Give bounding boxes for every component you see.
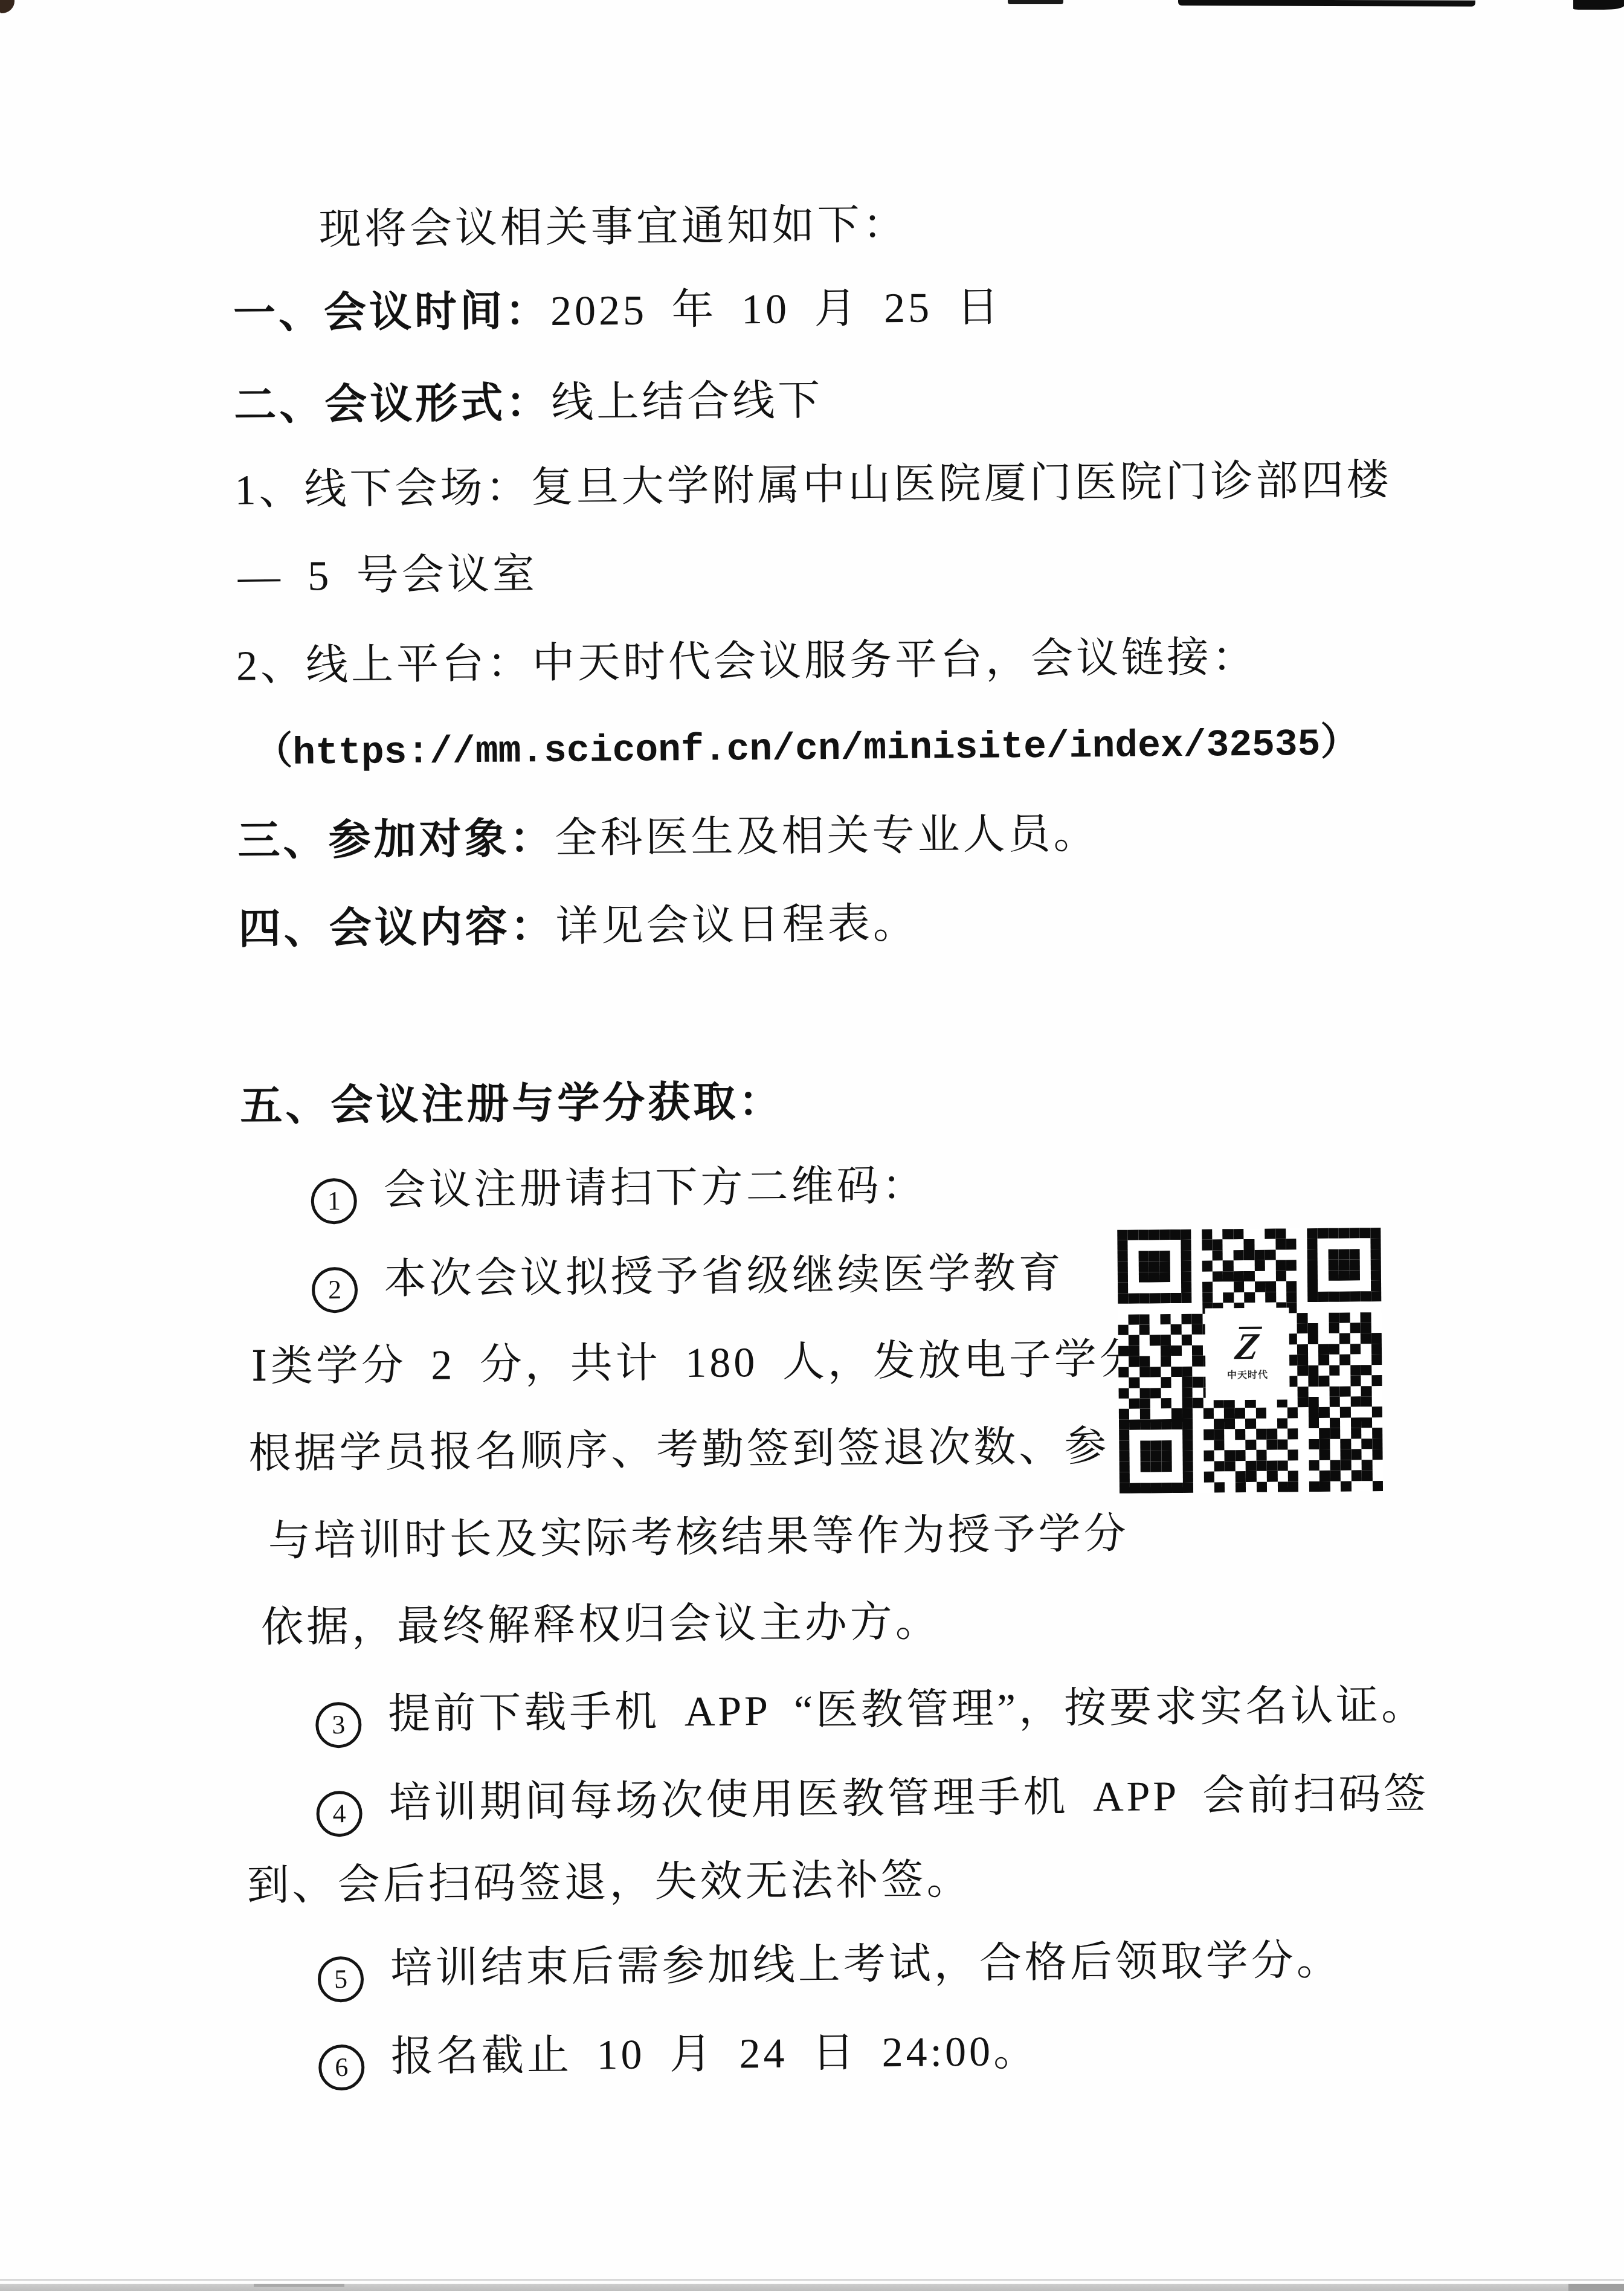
item-4-continuation-text: 到、会后扫码签退，失效无法补签。 bbox=[246, 1857, 972, 1909]
audience-value: 全科医生及相关专业人员。 bbox=[555, 811, 1099, 862]
intro-text: 现将会议相关事宜通知如下： bbox=[318, 202, 908, 254]
item-2-line: 2本次会议拟授予省级继续医学教育 bbox=[312, 1251, 1065, 1313]
item-2-continuation-line-2: 根据学员报名顺序、考勤签到签退次数、参 bbox=[248, 1423, 1110, 1478]
registration-qr-code: Z 中天时代 bbox=[1117, 1228, 1383, 1493]
registration-section-heading: 五、会议注册与学分获取： bbox=[240, 1079, 784, 1131]
item-2-continuation-text-3: 与培训时长及实际考核结果等作为授予学分 bbox=[268, 1511, 1129, 1565]
item-2-continuation-text-4: 依据，最终解释权归会议主办方。 bbox=[261, 1599, 941, 1651]
qr-logo-glyph: Z bbox=[1232, 1326, 1261, 1364]
item-4-circled-number: 4 bbox=[316, 1790, 362, 1837]
item-3-line: 3提前下载手机 APP “医教管理”，按要求实名认证。 bbox=[315, 1682, 1427, 1748]
registration-section-label: 五、会议注册与学分获取： bbox=[240, 1079, 784, 1130]
item-1-text: 会议注册请扫下方二维码： bbox=[383, 1163, 927, 1214]
intro-line: 现将会议相关事宜通知如下： bbox=[318, 202, 908, 254]
item-4-line: 4培训期间每场次使用医教管理手机 APP 会前扫码签 bbox=[316, 1771, 1429, 1837]
item-5-line: 5培训结束后需参加线上考试，合格后领取学分。 bbox=[318, 1938, 1342, 2002]
scan-edge-line bbox=[0, 2279, 1624, 2281]
content-label: 四、会议内容： bbox=[239, 904, 556, 953]
qr-logo-brand-text: 中天时代 bbox=[1227, 1367, 1268, 1382]
meeting-link-url: （https://mm.sciconf.cn/cn/minisite/index… bbox=[254, 723, 1359, 775]
meeting-format-label: 二、会议形式： bbox=[234, 380, 552, 430]
item-3-text: 提前下载手机 APP “医教管理”，按要求实名认证。 bbox=[388, 1682, 1427, 1738]
item-6-line: 6报名截止 10 月 24 日 24:00。 bbox=[318, 2028, 1039, 2090]
item-2-continuation-text-1: Ⅰ类学分 2 分，共计 180 人，发放电子学分。 bbox=[251, 1336, 1190, 1391]
meeting-time-label: 一、会议时间： bbox=[233, 288, 551, 338]
scanner-band-dark-segment bbox=[254, 2284, 344, 2287]
scanner-band-corner-segment bbox=[1568, 2284, 1624, 2291]
online-platform-line: 2、线上平台：中天时代会议服务平台，会议链接： bbox=[236, 634, 1258, 691]
item-2-continuation-line-3: 与培训时长及实际考核结果等作为授予学分 bbox=[268, 1511, 1129, 1566]
item-5-circled-number: 5 bbox=[318, 1956, 364, 2002]
offline-venue-line: 1、线下会场：复旦大学附属中山医院厦门医院门诊部四楼 bbox=[234, 457, 1392, 515]
item-6-circled-number: 6 bbox=[318, 2044, 365, 2090]
meeting-link-line: （https://mm.sciconf.cn/cn/minisite/index… bbox=[254, 723, 1359, 775]
offline-venue-value: 复旦大学附属中山医院厦门医院门诊部四楼 bbox=[530, 457, 1392, 511]
offline-venue-continuation-text: — 5 号会议室 bbox=[237, 551, 538, 600]
item-4-continuation-line: 到、会后扫码签退，失效无法补签。 bbox=[246, 1857, 972, 1910]
item-1-line: 1会议注册请扫下方二维码： bbox=[311, 1163, 927, 1225]
item-5-text: 培训结束后需参加线上考试，合格后领取学分。 bbox=[390, 1938, 1342, 1993]
item-6-text: 报名截止 10 月 24 日 24:00。 bbox=[391, 2028, 1039, 2080]
item-2-continuation-line-1: Ⅰ类学分 2 分，共计 180 人，发放电子学分。 bbox=[251, 1336, 1190, 1391]
content-line: 四、会议内容：详见会议日程表。 bbox=[239, 901, 919, 954]
meeting-format-value: 线上结合线下 bbox=[551, 378, 823, 427]
scan-artifact-top-right-blob bbox=[1573, 0, 1624, 10]
content-value: 详见会议日程表。 bbox=[556, 901, 919, 950]
qr-center-logo: Z 中天时代 bbox=[1205, 1307, 1290, 1400]
online-platform-label: 2、线上平台： bbox=[236, 640, 533, 689]
audience-line: 三、参加对象：全科医生及相关专业人员。 bbox=[237, 811, 1099, 866]
meeting-time-value: 2025 年 10 月 25 日 bbox=[550, 284, 1002, 335]
meeting-time-line: 一、会议时间：2025 年 10 月 25 日 bbox=[233, 284, 1002, 338]
document-body: 现将会议相关事宜通知如下： 一、会议时间：2025 年 10 月 25 日 二、… bbox=[0, 0, 1624, 2291]
item-2-continuation-text-2: 根据学员报名顺序、考勤签到签退次数、参 bbox=[248, 1423, 1110, 1477]
item-1-circled-number: 1 bbox=[311, 1178, 357, 1224]
item-2-circled-number: 2 bbox=[312, 1266, 358, 1313]
item-2-text: 本次会议拟授予省级继续医学教育 bbox=[384, 1251, 1065, 1303]
scan-artifact-top-tick bbox=[1008, 0, 1063, 4]
item-3-circled-number: 3 bbox=[315, 1701, 362, 1748]
audience-label: 三、参加对象： bbox=[237, 816, 555, 865]
item-4-text: 培训期间每场次使用医教管理手机 APP 会前扫码签 bbox=[388, 1771, 1429, 1826]
scanner-bottom-band bbox=[0, 2284, 1624, 2291]
online-platform-value: 中天时代会议服务平台，会议链接： bbox=[532, 634, 1258, 687]
meeting-format-line: 二、会议形式：线上结合线下 bbox=[234, 378, 823, 430]
offline-venue-continuation-line: — 5 号会议室 bbox=[237, 551, 538, 601]
scanned-notice-page: { "colors": { "ink": "#121212", "paper":… bbox=[0, 0, 1624, 2291]
offline-venue-label: 1、线下会场： bbox=[234, 465, 531, 514]
item-2-continuation-line-4: 依据，最终解释权归会议主办方。 bbox=[261, 1599, 941, 1652]
scan-artifact-top-bar bbox=[1178, 0, 1475, 7]
